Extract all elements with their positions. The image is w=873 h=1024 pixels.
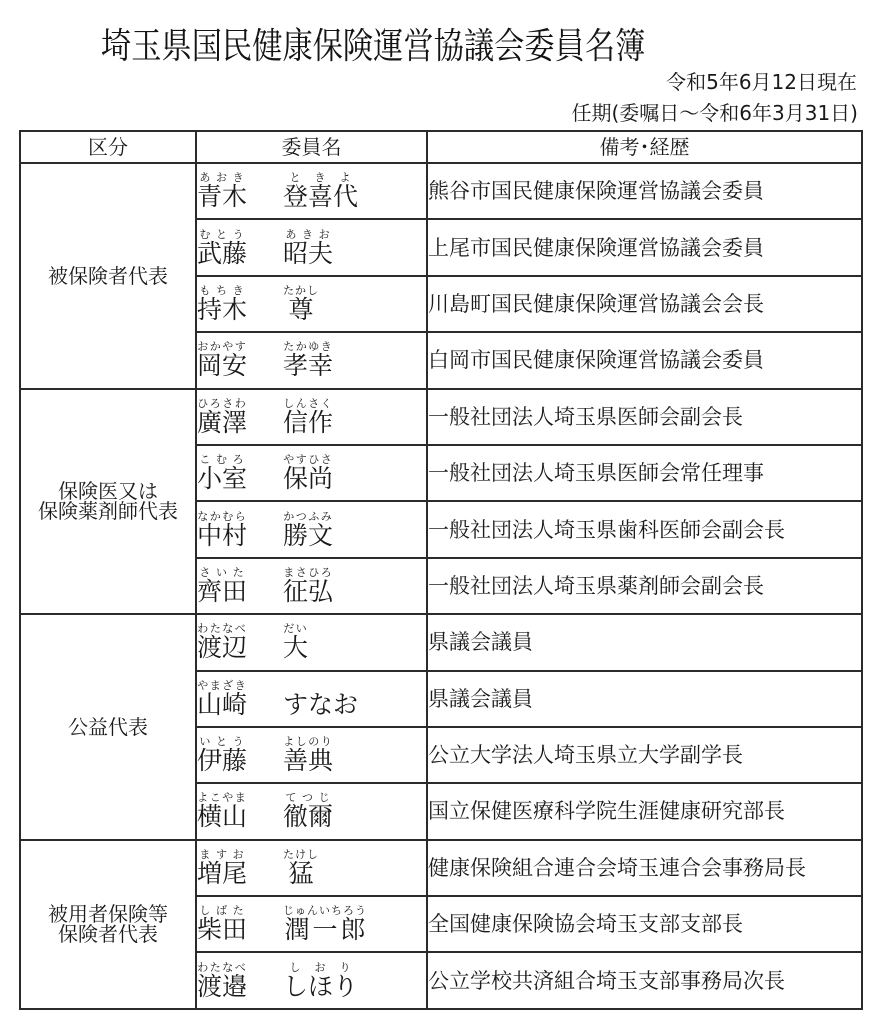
- header-member-name: 委員名: [196, 131, 427, 163]
- surname-reading: おかやす: [197, 340, 247, 353]
- surname: 増尾ますお: [197, 859, 247, 888]
- given-name-reading: てつじ: [283, 791, 333, 804]
- member-name-cell: 廣澤ひろさわ信作しんさく: [196, 389, 427, 445]
- member-name-cell: 岡安おかやす孝幸たかゆき: [196, 332, 427, 388]
- surname: 武藤むとう: [197, 239, 247, 268]
- member-name-cell: 横山よこやま徹爾てつじ: [196, 783, 427, 839]
- category-cell: 公益代表: [20, 614, 196, 840]
- member-name-cell: 渡邉わたなべしほりしおり: [196, 952, 427, 1008]
- surname: 渡辺わたなべ: [197, 633, 247, 662]
- member-name-cell: 山崎やまざきすなお: [196, 671, 427, 727]
- surname-reading: しばた: [197, 904, 247, 917]
- surname: 山崎やまざき: [197, 690, 247, 719]
- remarks-cell: 県議会議員: [427, 614, 862, 670]
- category-label: 公益代表: [21, 717, 195, 737]
- given-name: 大だい: [283, 633, 308, 662]
- remarks-cell: 公立大学法人埼玉県立大学副学長: [427, 727, 862, 783]
- member-name-cell: 柴田しばた潤一郎じゅんいちろう: [196, 896, 427, 952]
- given-name-reading: だい: [283, 622, 308, 635]
- given-name-reading: ときよ: [283, 171, 358, 184]
- member-name-cell: 伊藤いとう善典よしのり: [196, 727, 427, 783]
- remarks-cell: 一般社団法人埼玉県医師会常任理事: [427, 445, 862, 501]
- given-name-reading: たかし: [283, 284, 319, 297]
- member-name-cell: 小室こむろ保尚やすひさ: [196, 445, 427, 501]
- given-name: 保尚やすひさ: [283, 464, 333, 493]
- member-name-cell: 渡辺わたなべ大だい: [196, 614, 427, 670]
- surname: 小室こむろ: [197, 464, 247, 493]
- surname-reading: ますお: [197, 848, 247, 861]
- given-name: 勝文かつふみ: [283, 521, 333, 550]
- given-name: 猛たけし: [283, 859, 319, 888]
- member-name-cell: 青木あおき登喜代ときよ: [196, 163, 427, 219]
- term-of-office: 任期(委嘱日～令和6年3月31日): [571, 101, 858, 125]
- remarks-cell: 熊谷市国民健康保険運営協議会委員: [427, 163, 862, 219]
- document-title: 埼玉県国民健康保険運営協議会委員名簿: [101, 25, 645, 69]
- given-name: 潤一郎じゅんいちろう: [283, 915, 367, 944]
- surname-reading: もちき: [197, 284, 247, 297]
- given-name-reading: よしのり: [283, 735, 333, 748]
- given-name-reading: あきお: [283, 228, 333, 241]
- member-name-cell: 増尾ますお猛たけし: [196, 840, 427, 896]
- surname-reading: むとう: [197, 228, 247, 241]
- given-name: 昭夫あきお: [283, 239, 333, 268]
- surname: 青木あおき: [197, 182, 247, 211]
- surname-reading: あおき: [197, 171, 247, 184]
- member-name-cell: 持木もちき尊たかし: [196, 276, 427, 332]
- given-name: 善典よしのり: [283, 746, 333, 775]
- table-row: 保険医又は 保険薬剤師代表 廣澤ひろさわ信作しんさく 一般社団法人埼玉県医師会副…: [20, 389, 862, 445]
- remarks-cell: 県議会議員: [427, 671, 862, 727]
- given-name: 孝幸たかゆき: [283, 351, 333, 380]
- remarks-cell: 一般社団法人埼玉県医師会副会長: [427, 389, 862, 445]
- table-row: 被用者保険等 保険者代表 増尾ますお猛たけし 健康保険組合連合会埼玉連合会事務局…: [20, 840, 862, 896]
- remarks-cell: 上尾市国民健康保険運営協議会委員: [427, 219, 862, 275]
- category-label-line-1: 保険医又は: [21, 481, 195, 501]
- given-name-reading: たかゆき: [283, 340, 333, 353]
- category-cell: 保険医又は 保険薬剤師代表: [20, 389, 196, 615]
- surname-reading: わたなべ: [197, 622, 247, 635]
- surname: 横山よこやま: [197, 802, 247, 831]
- given-name-reading: じゅんいちろう: [283, 904, 367, 917]
- member-name-cell: 武藤むとう昭夫あきお: [196, 219, 427, 275]
- given-name-reading: かつふみ: [283, 510, 333, 523]
- category-label-line-2: 保険薬剤師代表: [21, 501, 195, 521]
- remarks-cell: 一般社団法人埼玉県薬剤師会副会長: [427, 558, 862, 614]
- surname: 柴田しばた: [197, 915, 247, 944]
- header-remarks: 備考･経歴: [427, 131, 862, 163]
- remarks-cell: 一般社団法人埼玉県歯科医師会副会長: [427, 501, 862, 557]
- surname-reading: さいた: [197, 566, 247, 579]
- surname: 中村なかむら: [197, 521, 247, 550]
- given-name-reading: やすひさ: [283, 453, 333, 466]
- category-cell: 被保険者代表: [20, 163, 196, 389]
- surname-reading: やまざき: [197, 679, 247, 692]
- member-name-cell: 中村なかむら勝文かつふみ: [196, 501, 427, 557]
- category-label-line-2: 保険者代表: [21, 924, 195, 944]
- surname: 齊田さいた: [197, 577, 247, 606]
- given-name: 征弘まさひろ: [283, 577, 333, 606]
- category-label: 被保険者代表: [21, 266, 195, 286]
- surname-reading: こむろ: [197, 453, 247, 466]
- surname: 持木もちき: [197, 295, 247, 324]
- given-name: 尊たかし: [283, 295, 319, 324]
- given-name: 徹爾てつじ: [283, 802, 333, 831]
- given-name: しほりしおり: [283, 972, 358, 1001]
- member-name-cell: 齊田さいた征弘まさひろ: [196, 558, 427, 614]
- surname-reading: なかむら: [197, 510, 247, 523]
- given-name: 登喜代ときよ: [283, 182, 358, 211]
- table-row: 被保険者代表 青木あおき登喜代ときよ 熊谷市国民健康保険運営協議会委員: [20, 163, 862, 219]
- given-name-reading: まさひろ: [283, 566, 333, 579]
- surname: 渡邉わたなべ: [197, 972, 247, 1001]
- remarks-cell: 健康保険組合連合会埼玉連合会事務局長: [427, 840, 862, 896]
- surname-reading: いとう: [197, 735, 247, 748]
- remarks-cell: 白岡市国民健康保険運営協議会委員: [427, 332, 862, 388]
- category-label-line-1: 被用者保険等: [21, 904, 195, 924]
- header-category: 区分: [20, 131, 196, 163]
- given-name-reading: しおり: [283, 961, 358, 974]
- surname-reading: よこやま: [197, 791, 247, 804]
- remarks-cell: 川島町国民健康保険運営協議会会長: [427, 276, 862, 332]
- category-cell: 被用者保険等 保険者代表: [20, 840, 196, 1009]
- given-name-reading: たけし: [283, 848, 319, 861]
- given-name: 信作しんさく: [283, 408, 333, 437]
- table-row: 公益代表 渡辺わたなべ大だい 県議会議員: [20, 614, 862, 670]
- member-roster-table: 区分 委員名 備考･経歴 被保険者代表 青木あおき登喜代ときよ 熊谷市国民健康保…: [19, 130, 863, 1010]
- given-name-reading: しんさく: [283, 397, 333, 410]
- remarks-cell: 全国健康保険協会埼玉支部支部長: [427, 896, 862, 952]
- as-of-date: 令和5年6月12日現在: [666, 70, 857, 94]
- remarks-cell: 公立学校共済組合埼玉支部事務局次長: [427, 952, 862, 1008]
- surname: 伊藤いとう: [197, 746, 247, 775]
- surname: 岡安おかやす: [197, 351, 247, 380]
- remarks-cell: 国立保健医療科学院生涯健康研究部長: [427, 783, 862, 839]
- given-name: すなお: [283, 690, 358, 719]
- surname-reading: ひろさわ: [197, 397, 247, 410]
- surname-reading: わたなべ: [197, 961, 247, 974]
- surname: 廣澤ひろさわ: [197, 408, 247, 437]
- header-row: 区分 委員名 備考･経歴: [20, 131, 862, 163]
